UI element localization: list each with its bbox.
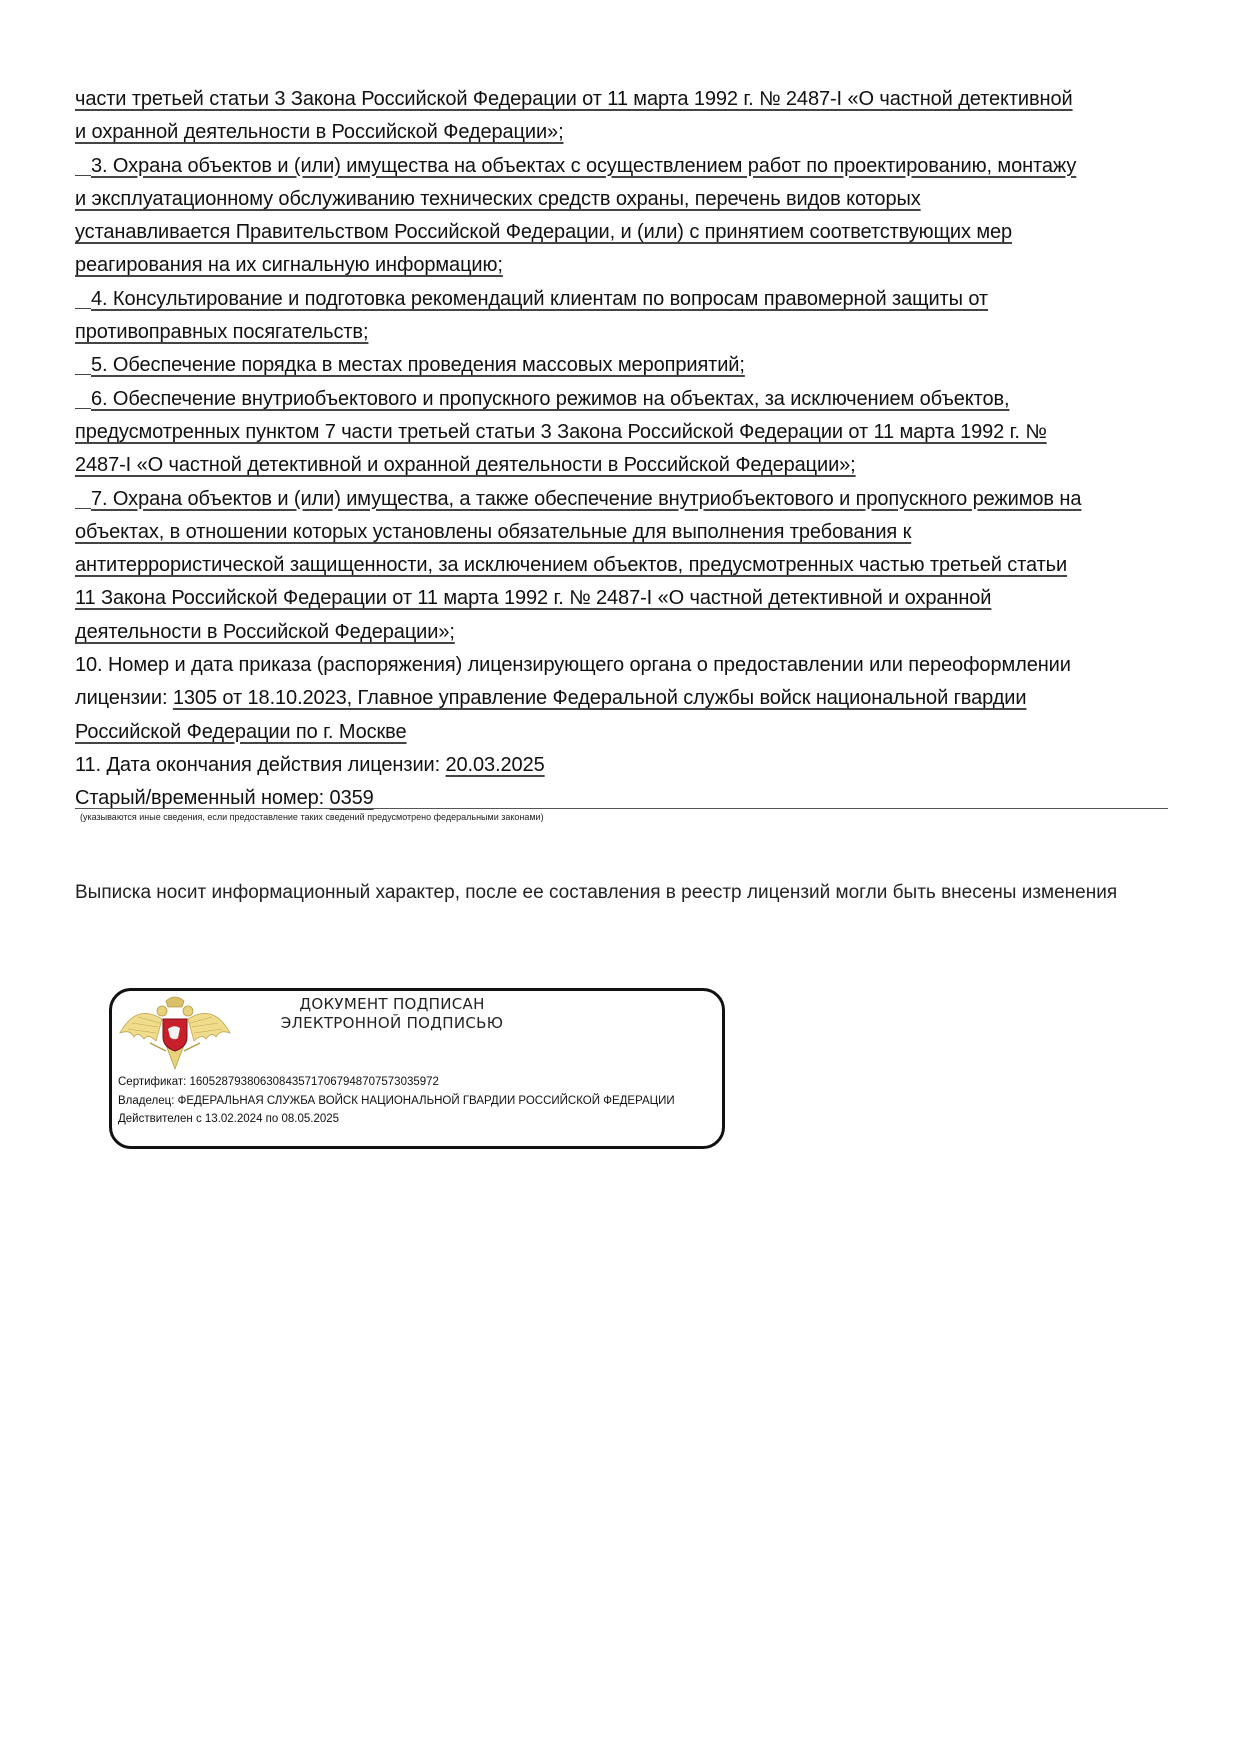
rosgvardia-emblem-icon <box>116 993 234 1071</box>
document-line: 5. Обеспечение порядка в местах проведен… <box>75 350 1170 383</box>
license-extract-body: части третьей статьи 3 Закона Российской… <box>75 84 1170 817</box>
stamp-title-line-1: ДОКУМЕНТ ПОДПИСАН <box>247 995 537 1014</box>
line-value: 6. Обеспечение внутриобъектового и пропу… <box>91 388 1010 410</box>
document-line: 3. Охрана объектов и (или) имущества на … <box>75 151 1170 184</box>
certificate-number: Сертификат: 1605287938063084357170679487… <box>118 1073 675 1092</box>
line-value: объектах, в отношении которых установлен… <box>75 521 911 543</box>
document-line: деятельности в Российской Федерации»; <box>75 617 1170 650</box>
line-value: 2487-I «О частной детективной и охранной… <box>75 454 856 476</box>
document-page: части третьей статьи 3 Закона Российской… <box>0 0 1240 1755</box>
line-value: 4. Консультирование и подготовка рекомен… <box>91 288 988 310</box>
line-indent <box>75 384 91 409</box>
document-line: 11. Дата окончания действия лицензии: 20… <box>75 750 1170 783</box>
line-value: 7. Охрана объектов и (или) имущества, а … <box>91 488 1081 510</box>
line-label: лицензии: <box>75 687 173 709</box>
document-line: 6. Обеспечение внутриобъектового и пропу… <box>75 384 1170 417</box>
line-value: 5. Обеспечение порядка в местах проведен… <box>91 354 745 376</box>
line-indent <box>75 484 91 509</box>
document-line: антитеррористической защищенности, за ис… <box>75 550 1170 583</box>
document-line: 11 Закона Российской Федерации от 11 мар… <box>75 583 1170 616</box>
document-line: и эксплуатационному обслуживанию техниче… <box>75 184 1170 217</box>
line-value: 0359 <box>330 787 374 809</box>
line-label: 10. Номер и дата приказа (распоряжения) … <box>75 654 1071 676</box>
line-indent <box>75 151 91 176</box>
document-line: Российской Федерации по г. Москве <box>75 717 1170 750</box>
line-value: противоправных посягательств; <box>75 321 368 343</box>
document-line: реагирования на их сигнальную информацию… <box>75 250 1170 283</box>
line-value: 11 Закона Российской Федерации от 11 мар… <box>75 587 991 609</box>
document-line: объектах, в отношении которых установлен… <box>75 517 1170 550</box>
line-value: антитеррористической защищенности, за ис… <box>75 554 1067 576</box>
line-indent <box>75 350 91 375</box>
document-line: 7. Охрана объектов и (или) имущества, а … <box>75 484 1170 517</box>
line-indent <box>75 284 91 309</box>
line-value: и эксплуатационному обслуживанию техниче… <box>75 188 921 210</box>
other-info-rule <box>75 808 1168 809</box>
document-line: 4. Консультирование и подготовка рекомен… <box>75 284 1170 317</box>
document-line: 2487-I «О частной детективной и охранной… <box>75 450 1170 483</box>
document-line: части третьей статьи 3 Закона Российской… <box>75 84 1170 117</box>
line-value: Российской Федерации по г. Москве <box>75 721 407 743</box>
document-line: 10. Номер и дата приказа (распоряжения) … <box>75 650 1170 683</box>
stamp-title: ДОКУМЕНТ ПОДПИСАН ЭЛЕКТРОННОЙ ПОДПИСЬЮ <box>247 995 537 1033</box>
line-value: деятельности в Российской Федерации»; <box>75 621 455 643</box>
line-label: 11. Дата окончания действия лицензии: <box>75 754 446 776</box>
line-value: части третьей статьи 3 Закона Российской… <box>75 88 1073 110</box>
certificate-validity: Действителен с 13.02.2024 по 08.05.2025 <box>118 1110 675 1129</box>
certificate-owner: Владелец: ФЕДЕРАЛЬНАЯ СЛУЖБА ВОЙСК НАЦИО… <box>118 1092 675 1111</box>
line-value: 3. Охрана объектов и (или) имущества на … <box>91 155 1076 177</box>
disclaimer-text: Выписка носит информационный характер, п… <box>75 876 1175 909</box>
line-label: Старый/временный номер: <box>75 787 330 809</box>
document-line: предусмотренных пунктом 7 части третьей … <box>75 417 1170 450</box>
document-line: лицензии: 1305 от 18.10.2023, Главное уп… <box>75 683 1170 716</box>
line-value: устанавливается Правительством Российско… <box>75 221 1012 243</box>
document-line: противоправных посягательств; <box>75 317 1170 350</box>
line-value: 1305 от 18.10.2023, Главное управление Ф… <box>173 687 1027 709</box>
document-line: устанавливается Правительством Российско… <box>75 217 1170 250</box>
document-line: и охранной деятельности в Российской Фед… <box>75 117 1170 150</box>
line-value: реагирования на их сигнальную информацию… <box>75 254 503 276</box>
other-info-note: (указываются иные сведения, если предост… <box>80 812 544 822</box>
line-value: и охранной деятельности в Российской Фед… <box>75 121 564 143</box>
line-value: 20.03.2025 <box>446 754 545 776</box>
stamp-details: Сертификат: 1605287938063084357170679487… <box>118 1073 675 1129</box>
line-value: предусмотренных пунктом 7 части третьей … <box>75 421 1047 443</box>
electronic-signature-stamp: ДОКУМЕНТ ПОДПИСАН ЭЛЕКТРОННОЙ ПОДПИСЬЮ С… <box>109 988 725 1149</box>
stamp-title-line-2: ЭЛЕКТРОННОЙ ПОДПИСЬЮ <box>247 1014 537 1033</box>
